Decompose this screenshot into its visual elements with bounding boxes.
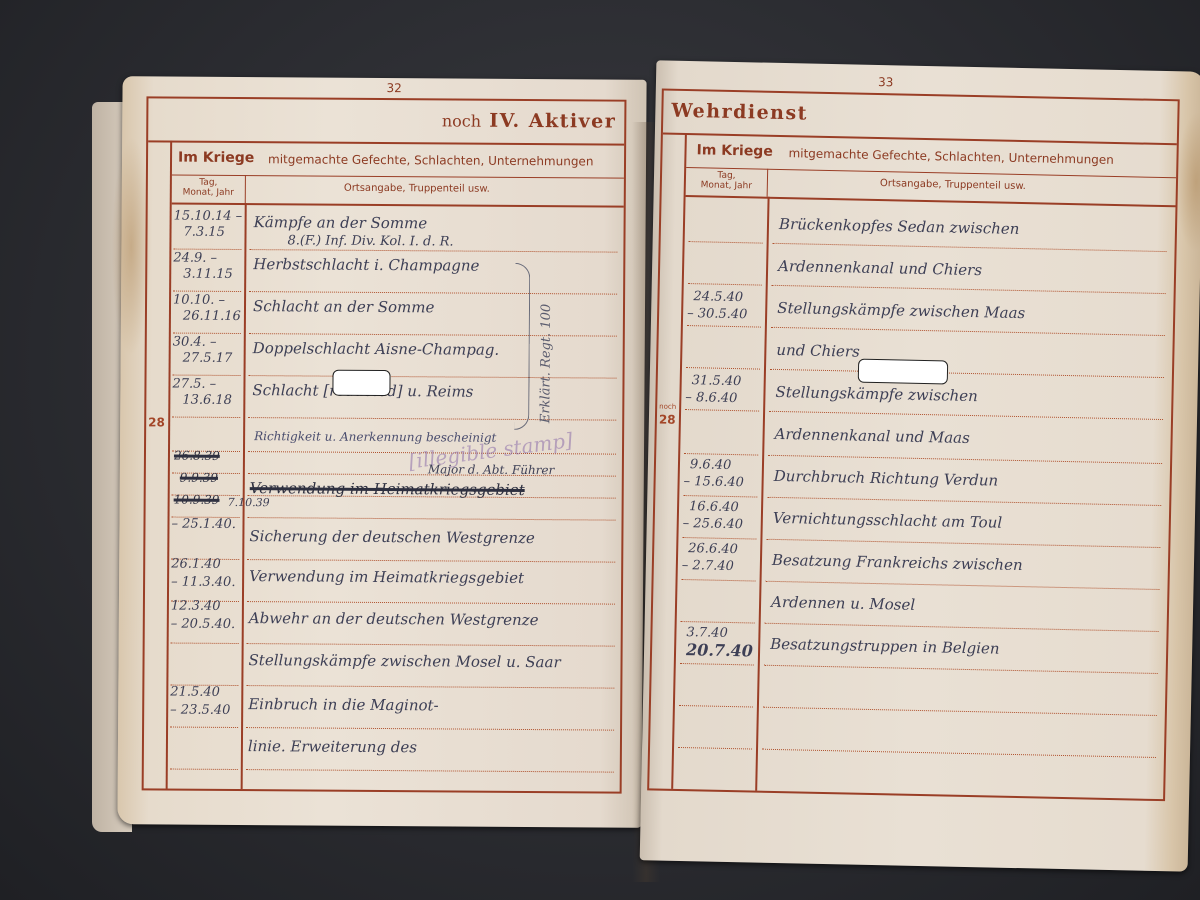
entry-date-start: 24.9. – <box>173 251 217 266</box>
entry-date-start: 21.5.40 <box>170 685 220 700</box>
row-line <box>688 283 762 286</box>
row-line <box>247 643 615 647</box>
row-line <box>249 291 617 295</box>
vertical-note: Erklärt. Regt. 100 <box>538 304 554 423</box>
entry-date-start: 27.5. – <box>172 377 216 392</box>
place-column-header: Ortsangabe, Truppenteil usw. <box>344 183 490 195</box>
row-line <box>247 559 615 563</box>
row-line <box>247 601 615 605</box>
struck-entry: Verwendung im Heimatkriegsgebiet <box>250 479 525 499</box>
entry-text: Durchbruch Richtung Verdun <box>774 467 999 490</box>
row-line <box>763 707 1157 716</box>
page-title: Wehrdienst <box>671 100 808 125</box>
row-line <box>767 497 1161 506</box>
entry-date-start: 31.5.40 <box>692 373 742 389</box>
entry-text: linie. Erweiterung des <box>248 737 417 756</box>
entry-text: Stellungskämpfe zwischen Maas <box>777 299 1025 322</box>
entry-text: Ardennenkanal und Maas <box>774 425 970 447</box>
row-line <box>246 769 614 773</box>
redaction-box <box>858 359 948 385</box>
form-frame: noch IV. Aktiver 28 Im Kriege mitgemacht… <box>142 96 627 793</box>
row-line <box>681 621 755 624</box>
entry-text: Ardennen u. Mosel <box>771 593 915 614</box>
entry-date-start: 3.7.40 <box>686 625 728 641</box>
date-header-line1: Tag, <box>172 178 245 189</box>
entry-text: Einbruch in die Maginot- <box>248 695 439 714</box>
entry-date-end: 3.11.15 <box>183 267 233 282</box>
struck-date-1: 26.8.39 <box>174 449 220 464</box>
row-line <box>685 409 759 412</box>
subheader-bold: Im Kriege <box>696 142 773 160</box>
entry-text: Verwendung im Heimatkriegsgebiet <box>249 567 524 587</box>
row-line <box>766 539 1160 548</box>
left-page: 32 noch IV. Aktiver 28 Im Kriege mitgema… <box>117 76 646 828</box>
entry-date-end: – 25.6.40 <box>683 516 744 532</box>
subheader-rest: mitgemachte Gefechte, Schlachten, Untern… <box>788 146 1114 167</box>
row-line <box>771 327 1165 336</box>
entry-text: Ardennenkanal und Chiers <box>778 257 982 279</box>
margin-column: noch 28 <box>649 133 687 789</box>
row-line <box>682 537 756 540</box>
page-number: 33 <box>878 75 894 89</box>
row-line <box>680 663 754 666</box>
entry-date-start: 16.6.40 <box>689 499 739 515</box>
entry-text: Doppelschlacht Aisne-Champag. <box>253 339 500 359</box>
row-line <box>762 749 1156 758</box>
entry-date-end: – 2.7.40 <box>682 558 734 574</box>
entry-date-end: 7.3.15 <box>183 225 224 240</box>
row-line <box>770 369 1164 378</box>
row-line <box>766 581 1160 590</box>
section-subheader: Im Kriege mitgemachte Gefechte, Schlacht… <box>172 141 624 179</box>
entry-date-end: 27.5.17 <box>183 351 233 366</box>
entry-date-end: – 15.6.40 <box>683 474 744 490</box>
struck-date-3: 10.9.39 <box>174 493 220 508</box>
struck-date-2: 9.9.39 <box>180 471 218 486</box>
entry-date-end: 13.6.18 <box>182 393 232 408</box>
bracket-mark <box>514 263 530 430</box>
entry-date-start: 30.4. – <box>173 335 217 350</box>
row-line <box>765 623 1159 632</box>
entry-text: Kämpfe an der Somme <box>254 213 428 232</box>
entry-text: Stellungskämpfe zwischen <box>775 383 978 405</box>
row-line <box>772 285 1166 294</box>
row-line <box>248 417 616 421</box>
row-line <box>689 241 763 244</box>
entry-text: Herbstschlacht i. Champagne <box>253 255 479 275</box>
right-page: 33 Wehrdienst noch 28 Im Kriege mitgemac… <box>640 60 1200 871</box>
subheader-bold: Im Kriege <box>178 150 254 167</box>
row-line <box>683 495 757 498</box>
row-line <box>768 455 1162 464</box>
row-line <box>249 333 617 337</box>
form-frame: Wehrdienst noch 28 Im Kriege mitgemachte… <box>647 88 1180 801</box>
entry-date-end: 20.7.40 <box>686 642 753 658</box>
row-line <box>246 727 614 731</box>
row-line <box>170 727 238 728</box>
row-line <box>773 243 1167 252</box>
entry-date-start: 9.6.40 <box>690 457 732 473</box>
date-header-line2: Monat, Jahr <box>686 180 767 192</box>
entry-date-end: – 11.3.40. <box>171 575 235 590</box>
open-booklet: 32 noch IV. Aktiver 28 Im Kriege mitgema… <box>92 62 1200 870</box>
row-line <box>764 665 1158 674</box>
entry-text-2: 8.(F.) Inf. Div. Kol. I. d. R. <box>287 233 453 249</box>
title-prefix: noch <box>442 111 481 130</box>
entry-date-start: 12.3.40 <box>171 599 221 614</box>
date-column-header: Tag, Monat, Jahr <box>172 175 246 204</box>
entry-text: Stellungskämpfe zwischen Mosel u. Saar <box>248 651 560 671</box>
entry-date-end: – 20.5.40. <box>171 617 235 632</box>
margin-number: 28 <box>659 412 676 426</box>
title-row: noch IV. Aktiver <box>148 98 624 145</box>
signature-line: Major d. Abt. Führer <box>428 462 555 477</box>
entry-date-start: 26.1.40 <box>171 557 221 572</box>
row-line <box>249 375 617 379</box>
entry-date-end: – 8.6.40 <box>685 390 737 406</box>
entry-date-start: 26.6.40 <box>688 541 738 557</box>
entry-text: Abwehr an der deutschen Westgrenze <box>249 609 539 629</box>
entry-date-start: 15.10.14 – <box>174 209 243 224</box>
place-column-header: Ortsangabe, Truppenteil usw. <box>880 178 1026 192</box>
entry-text: Sicherung der deutschen Westgrenze <box>249 527 535 547</box>
row-line <box>248 517 616 521</box>
entry-date-end: – 30.5.40 <box>687 306 748 322</box>
row-line <box>249 249 617 253</box>
row-line <box>246 685 614 689</box>
entry-text: Besatzungstruppen in Belgien <box>770 635 1000 658</box>
entry-text: Besatzung Frankreichs zwischen <box>772 551 1023 574</box>
row-line <box>682 579 756 582</box>
entry-text: Vernichtungsschlacht am Toul <box>773 509 1003 532</box>
entry-date-start: 10.10. – <box>173 293 225 308</box>
margin-column: 28 <box>144 140 173 788</box>
page-title: noch IV. Aktiver <box>442 109 617 132</box>
entry-date-start: 24.5.40 <box>693 289 743 305</box>
entry-text: Brückenkopfes Sedan zwischen <box>779 215 1020 238</box>
entry-text: Schlacht an der Somme <box>253 297 434 316</box>
date-column-header: Tag, Monat, Jahr <box>686 167 769 197</box>
row-line <box>684 453 758 456</box>
date-column-divider <box>755 197 769 791</box>
column-header: Tag, Monat, Jahr Ortsangabe, Truppenteil… <box>172 175 624 208</box>
entry-text: und Chiers <box>776 341 860 361</box>
margin-number: 28 <box>148 415 165 429</box>
date-header-line2: Monat, Jahr <box>172 188 245 199</box>
row-line <box>172 417 240 418</box>
subheader-rest: mitgemachte Gefechte, Schlachten, Untern… <box>268 152 594 168</box>
row-line <box>687 325 761 328</box>
row-line <box>678 747 752 750</box>
row-line <box>686 367 760 370</box>
row-line <box>679 705 753 708</box>
margin-noch: noch <box>659 402 676 410</box>
row-line <box>171 643 239 644</box>
entry-date-end: – 23.5.40 <box>170 703 230 718</box>
title-main: IV. Aktiver <box>489 110 616 133</box>
row-line <box>170 769 238 770</box>
entry-date-end: 26.11.16 <box>183 309 241 324</box>
redaction-box <box>332 370 390 396</box>
row-line <box>769 411 1163 420</box>
page-number: 32 <box>386 81 401 95</box>
struck-date-note: 7.10.39 <box>228 495 270 510</box>
entry-date-start: – 25.1.40. <box>171 517 235 532</box>
